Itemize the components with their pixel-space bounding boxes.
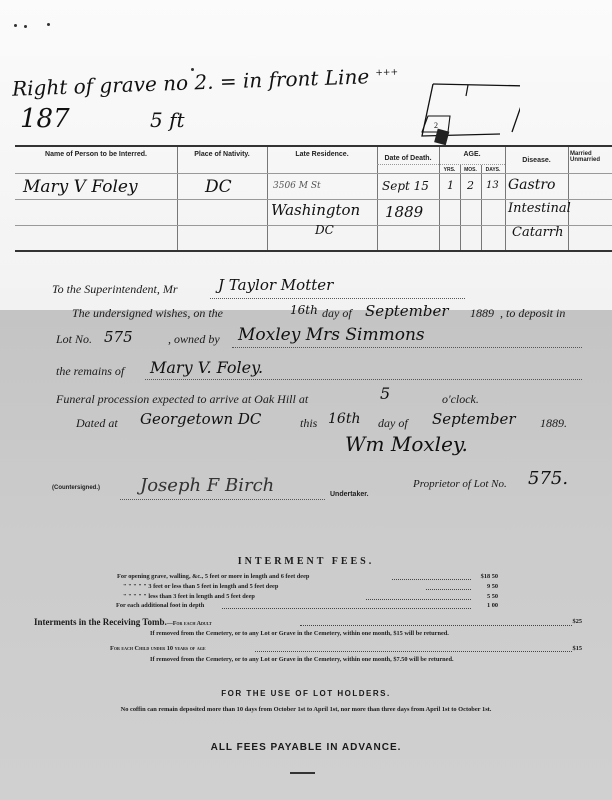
cell-name: Mary V Foley	[23, 177, 138, 197]
svg-text:2: 2	[434, 121, 438, 130]
day-of-label: day of	[322, 306, 352, 321]
grave-depth: 5 ft	[150, 108, 185, 132]
cell-age-days: 13	[486, 180, 499, 191]
fee-row: For each additional foot in depth	[116, 602, 204, 609]
grave-plot-sketch-icon: 2	[400, 76, 520, 148]
leader-dots	[300, 619, 572, 626]
cell-age-years: 1	[447, 179, 454, 192]
fill-line	[120, 499, 325, 500]
cell-death-year: 1889	[385, 203, 423, 221]
leader-dots	[366, 593, 471, 600]
header-age-months: MOS.	[460, 167, 481, 173]
leader-dots	[392, 573, 471, 580]
proprietor-label: Proprietor of Lot No.	[413, 478, 507, 490]
cell-nativity: DC	[205, 177, 232, 197]
lot-number: 575	[104, 328, 133, 346]
header-age-days: DAYS.	[481, 167, 505, 173]
dated-year: 1889.	[540, 416, 567, 431]
fill-line	[145, 379, 582, 380]
undertaker-signature: Joseph F Birch	[140, 475, 274, 496]
proprietor-signature: Wm Moxley.	[345, 432, 468, 456]
deposit-year: 1889	[470, 306, 494, 321]
cell-disease-1: Gastro	[508, 177, 555, 193]
superintendent-name: J Taylor Motter	[218, 276, 333, 294]
header-age: AGE.	[439, 151, 505, 158]
printer-imprint	[290, 772, 315, 774]
adult-refund-note: If removed from the Cemetery, or to any …	[150, 630, 449, 637]
cell-age-months: 2	[467, 179, 474, 192]
remains-name: Mary V. Foley.	[150, 358, 263, 377]
cell-disease-2: Intestinal	[508, 201, 571, 216]
fee-amount: $18 50	[468, 573, 498, 580]
grave-note-suffix: +++	[375, 68, 398, 79]
fee-amount: 5 50	[468, 593, 498, 600]
interment-table: Name of Person to be Interred. Place of …	[15, 145, 612, 252]
column-divider	[460, 165, 461, 250]
deposit-month: September	[365, 302, 449, 320]
ink-speck	[14, 24, 17, 27]
owned-by-label: , owned by	[168, 332, 220, 347]
funeral-label: Funeral procession expected to arrive at…	[56, 392, 308, 407]
child-fee-label: For each Child under 10 years of age	[110, 645, 206, 652]
child-fee-amount: $15	[552, 645, 582, 652]
adult-fee-amount: $25	[552, 618, 582, 625]
fee-amount: 1 00	[468, 602, 498, 609]
fee-amount: 9 50	[468, 583, 498, 590]
header-divider	[15, 173, 612, 174]
oclock-label: o'clock.	[442, 392, 479, 407]
header-age-years: YRS.	[439, 167, 460, 173]
fill-line	[210, 298, 465, 299]
deposit-label: , to deposit in	[500, 306, 565, 321]
header-nativity: Place of Nativity.	[177, 151, 267, 158]
record-number: 187	[20, 104, 70, 134]
fees-payable-notice: ALL FEES PAYABLE IN ADVANCE.	[0, 742, 612, 753]
ink-speck	[24, 25, 27, 28]
header-date-of-death: Date of Death.	[377, 155, 439, 162]
fill-line	[232, 347, 582, 348]
cell-residence-street: 3506 M St	[273, 181, 321, 191]
undertaker-label: Undertaker.	[330, 491, 369, 498]
paper-bottom-section	[0, 310, 612, 800]
leader-dots	[426, 583, 471, 590]
leader-dots	[255, 645, 572, 652]
ink-speck	[47, 23, 50, 26]
remains-label: the remains of	[56, 364, 124, 379]
child-refund-note: If removed from the Cemetery, or to any …	[150, 656, 454, 663]
dated-place: Georgetown DC	[140, 410, 261, 428]
adult-fee-label: —For each Adult	[167, 621, 212, 627]
lot-holders-note: No coffin can remain deposited more than…	[0, 706, 612, 713]
dated-day: 16th	[328, 411, 360, 427]
lot-holders-title: FOR THE USE OF LOT HOLDERS.	[0, 689, 612, 698]
lot-label: Lot No.	[56, 332, 92, 347]
wishes-label: The undersigned wishes, on the	[72, 306, 223, 321]
fee-row: " " " " " 3 feet or less than 5 feet in …	[123, 583, 278, 590]
header-name: Name of Person to be Interred.	[15, 151, 177, 158]
fees-title: INTERMENT FEES.	[0, 556, 612, 567]
dated-month: September	[432, 410, 516, 428]
age-subheader-divider	[377, 164, 505, 165]
countersigned-label: (Countersigned.)	[52, 485, 100, 491]
lot-owner: Moxley Mrs Simmons	[238, 325, 425, 345]
this-label: this	[300, 416, 317, 431]
row-divider	[15, 199, 612, 200]
cell-residence-state: DC	[315, 223, 334, 237]
fee-row: For opening grave, walling, &c., 5 feet …	[117, 573, 309, 580]
cell-disease-3: Catarrh	[512, 225, 563, 240]
deposit-day: 16th	[290, 303, 318, 317]
superintendent-label: To the Superintendent, Mr	[52, 282, 178, 297]
header-residence: Late Residence.	[267, 151, 377, 158]
leader-dots	[222, 602, 471, 609]
cell-death-date: Sept 15	[382, 179, 429, 193]
fee-row: " " " " " less than 3 feet in length and…	[123, 593, 255, 600]
receiving-tomb-title: Interments in the Receiving Tomb.	[34, 617, 167, 627]
header-disease: Disease.	[505, 157, 568, 164]
column-divider	[481, 165, 482, 250]
cell-residence-city: Washington	[271, 201, 360, 219]
proprietor-lot: 575.	[528, 468, 568, 489]
dated-at-label: Dated at	[76, 416, 118, 431]
dated-day-of-label: day of	[378, 416, 408, 431]
funeral-time: 5	[380, 384, 390, 403]
header-married: Married Unmarried	[570, 151, 612, 163]
receiving-tomb-heading: Interments in the Receiving Tomb.—For ea…	[34, 617, 212, 627]
